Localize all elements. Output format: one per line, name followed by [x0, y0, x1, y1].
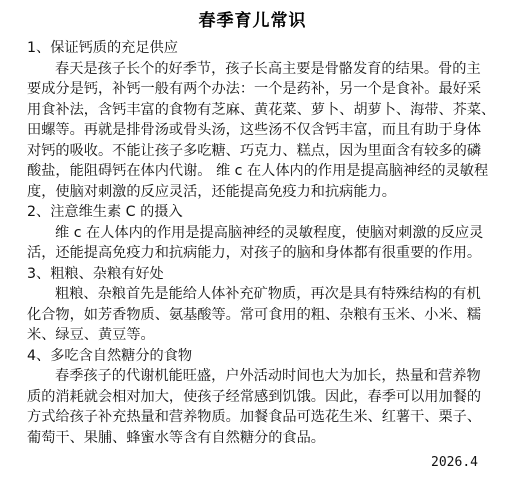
document-date: 2026.4 [431, 455, 478, 470]
paragraph-line: 化合物，如芳香物质、氨基酸等。常可食用的粗、杂粮有玉米、小米、糯 [27, 305, 481, 326]
paragraph-line: 度，使脑对刺激的反应灵活，还能提高免疫力和抗病能力。 [27, 182, 481, 203]
document-body: 1、保证钙质的充足供应 春天是孩子长个的好季节，孩子长高主要是骨骼发育的结果。骨… [27, 38, 481, 448]
paragraph-line: 要成分是钙，补钙一般有两个办法：一个是药补，另一个是食补。最好采 [27, 79, 481, 100]
paragraph-line: 米、绿豆、黄豆等。 [27, 325, 481, 346]
paragraph-line: 春季孩子的代谢机能旺盛，户外活动时间也大为加长，热量和营养物 [27, 366, 481, 387]
paragraph-line: 维 c 在人体内的作用是提高脑神经的灵敏程度，使脑对刺激的反应灵 [27, 223, 481, 244]
paragraph-line: 田螺等。再就是排骨汤或骨头汤，这些汤不仅含钙丰富，而且有助于身体 [27, 120, 481, 141]
section-heading: 2、注意维生素 C 的摄入 [27, 202, 481, 223]
section-heading: 1、保证钙质的充足供应 [27, 38, 481, 59]
paragraph-line: 活，还能提高免疫力和抗病能力，对孩子的脑和身体都有很重要的作用。 [27, 243, 481, 264]
paragraph-line: 质的消耗就会相对加大，使孩子经常感到饥饿。因此，春季可以用加餐的 [27, 387, 481, 408]
document-title: 春季育儿常识 [0, 6, 505, 31]
paragraph-line: 用食补法，含钙丰富的食物有芝麻、黄花菜、萝卜、胡萝卜、海带、芥菜、 [27, 100, 481, 121]
paragraph-line: 方式给孩子补充热量和营养物质。加餐食品可选花生米、红薯干、栗子、 [27, 407, 481, 428]
paragraph-line: 春天是孩子长个的好季节，孩子长高主要是骨骼发育的结果。骨的主 [27, 59, 481, 80]
section-vitamin-c: 2、注意维生素 C 的摄入 维 c 在人体内的作用是提高脑神经的灵敏程度，使脑对… [27, 202, 481, 264]
paragraph-line: 粗粮、杂粮首先是能给人体补充矿物质，再次是具有特殊结构的有机 [27, 284, 481, 305]
section-natural-sugar: 4、多吃含自然糖分的食物 春季孩子的代谢机能旺盛，户外活动时间也大为加长，热量和… [27, 346, 481, 449]
paragraph-line: 对钙的吸收。不能让孩子多吃糖、巧克力、糕点，因为里面含有较多的磷 [27, 141, 481, 162]
section-heading: 3、粗粮、杂粮有好处 [27, 264, 481, 285]
section-grains: 3、粗粮、杂粮有好处 粗粮、杂粮首先是能给人体补充矿物质，再次是具有特殊结构的有… [27, 264, 481, 346]
section-calcium: 1、保证钙质的充足供应 春天是孩子长个的好季节，孩子长高主要是骨骼发育的结果。骨… [27, 38, 481, 202]
paragraph-line: 酸盐，能阻碍钙在体内代谢。 维 c 在人体内的作用是提高脑神经的灵敏程 [27, 161, 481, 182]
paragraph-line: 葡萄干、果脯、蜂蜜水等含有自然糖分的食品。 [27, 428, 481, 449]
section-heading: 4、多吃含自然糖分的食物 [27, 346, 481, 367]
